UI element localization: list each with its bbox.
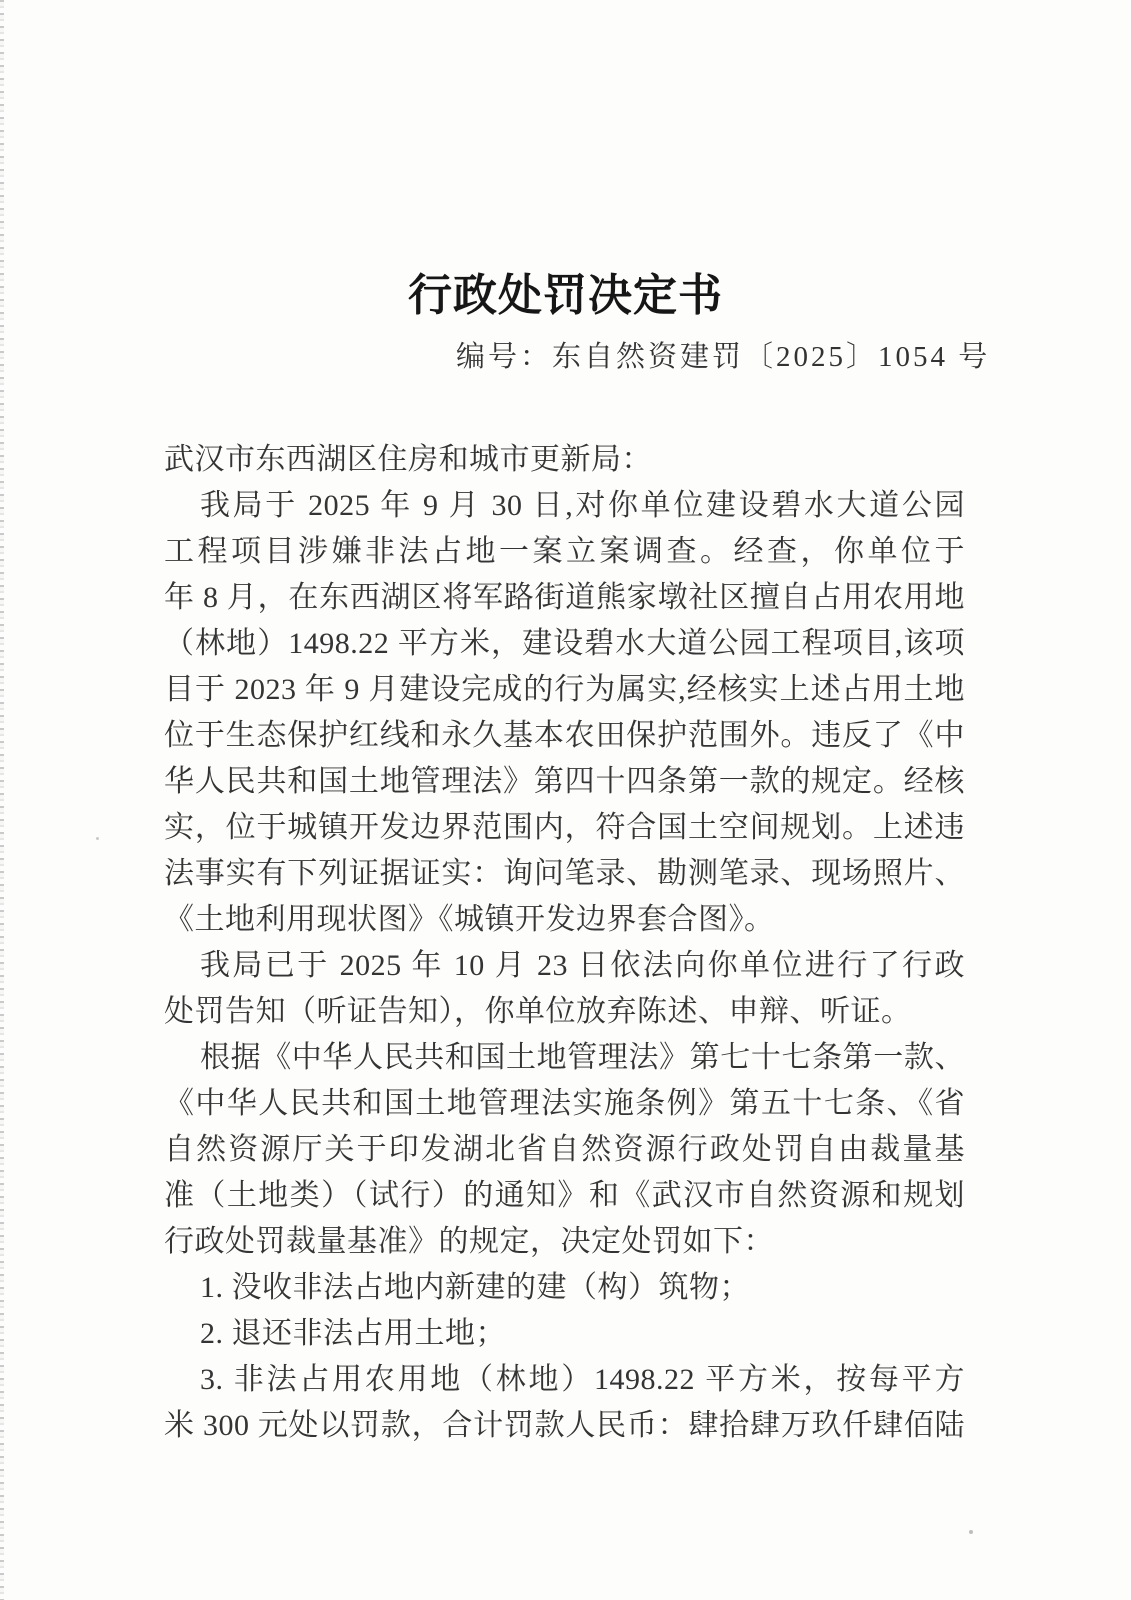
document-title: 行政处罚决定书 — [165, 268, 966, 324]
doc-line: 行政处罚裁量基准》的规定，决定处罚如下： — [164, 1219, 965, 1265]
salutation: 武汉市东西湖区住房和城市更新局： — [164, 437, 965, 483]
doc-line: 法事实有下列证据证实：询问笔录、勘测笔录、现场照片、 — [164, 851, 965, 897]
document-body: 武汉市东西湖区住房和城市更新局： 我局于 2025 年 9 月 30 日,对你单… — [164, 437, 965, 1449]
scan-edge-artifact — [0, 0, 4, 1600]
doc-line: 实，位于城镇开发边界范围内，符合国土空间规划。上述违 — [164, 805, 965, 851]
doc-line: 位于生态保护红线和永久基本农田保护范围外。违反了《中 — [164, 713, 965, 759]
penalty-item-2: 2. 退还非法占用土地； — [164, 1311, 965, 1357]
doc-line: （林地）1498.22 平方米，建设碧水大道公园工程项目,该项 — [164, 621, 965, 667]
doc-line: 年 8 月，在东西湖区将军路街道熊家墩社区擅自占用农用地 — [164, 575, 965, 621]
penalty-item-1: 1. 没收非法占地内新建的建（构）筑物； — [164, 1265, 965, 1311]
penalty-item-3: 3. 非法占用农用地（林地）1498.22 平方米，按每平方 — [164, 1357, 965, 1403]
doc-line: 华人民共和国土地管理法》第四十四条第一款的规定。经核 — [164, 759, 965, 805]
scan-speck — [969, 1530, 973, 1534]
doc-line: 工程项目涉嫌非法占地一案立案调查。经查，你单位于 2022 — [164, 529, 965, 575]
doc-line: 米 300 元处以罚款，合计罚款人民币：肆拾肆万玖仟肆佰陆 — [164, 1403, 965, 1449]
doc-line: 《中华人民共和国土地管理法实施条例》第五十七条、《省 — [164, 1081, 965, 1127]
doc-line: 根据《中华人民共和国土地管理法》第七十七条第一款、 — [164, 1035, 965, 1081]
doc-line: 我局于 2025 年 9 月 30 日,对你单位建设碧水大道公园 — [164, 483, 965, 529]
doc-line: 目于 2023 年 9 月建设完成的行为属实,经核实上述占用土地 — [164, 667, 965, 713]
doc-line: 《土地利用现状图》《城镇开发边界套合图》。 — [164, 897, 965, 943]
scanned-document-page: 行政处罚决定书 编号：东自然资建罚〔2025〕1054 号 武汉市东西湖区住房和… — [0, 0, 1131, 1600]
scan-speck — [96, 837, 99, 840]
doc-line: 自然资源厅关于印发湖北省自然资源行政处罚自由裁量基 — [164, 1127, 965, 1173]
doc-line: 我局已于 2025 年 10 月 23 日依法向你单位进行了行政 — [164, 943, 965, 989]
doc-line: 准（土地类）（试行）的通知》和《武汉市自然资源和规划 — [164, 1173, 965, 1219]
doc-line: 处罚告知（听证告知），你单位放弃陈述、申辩、听证。 — [164, 989, 965, 1035]
document-number: 编号：东自然资建罚〔2025〕1054 号 — [456, 338, 990, 376]
